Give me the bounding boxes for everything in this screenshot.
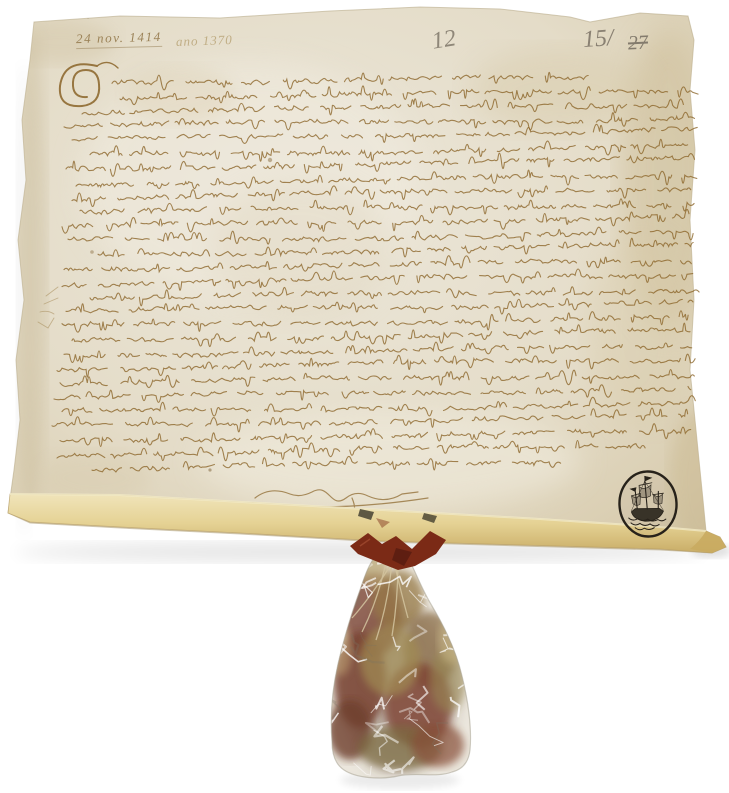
crinkle-highlight (332, 612, 345, 630)
crinkle-highlight (317, 562, 343, 579)
crinkle-highlight (342, 568, 356, 581)
photograph: 24 nov. 1414 ano 1370 12 15/ 27 (0, 0, 729, 793)
parchment (5, 7, 729, 553)
plastic-bag-outline (331, 548, 470, 778)
crinkle-highlight (345, 581, 357, 605)
crinkle-highlight (446, 624, 465, 634)
crinkle-highlight (430, 570, 453, 578)
seal-assembly (317, 531, 480, 789)
charter-illustration (0, 0, 729, 793)
crinkle-highlight (442, 570, 446, 582)
crinkle-highlight (435, 583, 448, 592)
